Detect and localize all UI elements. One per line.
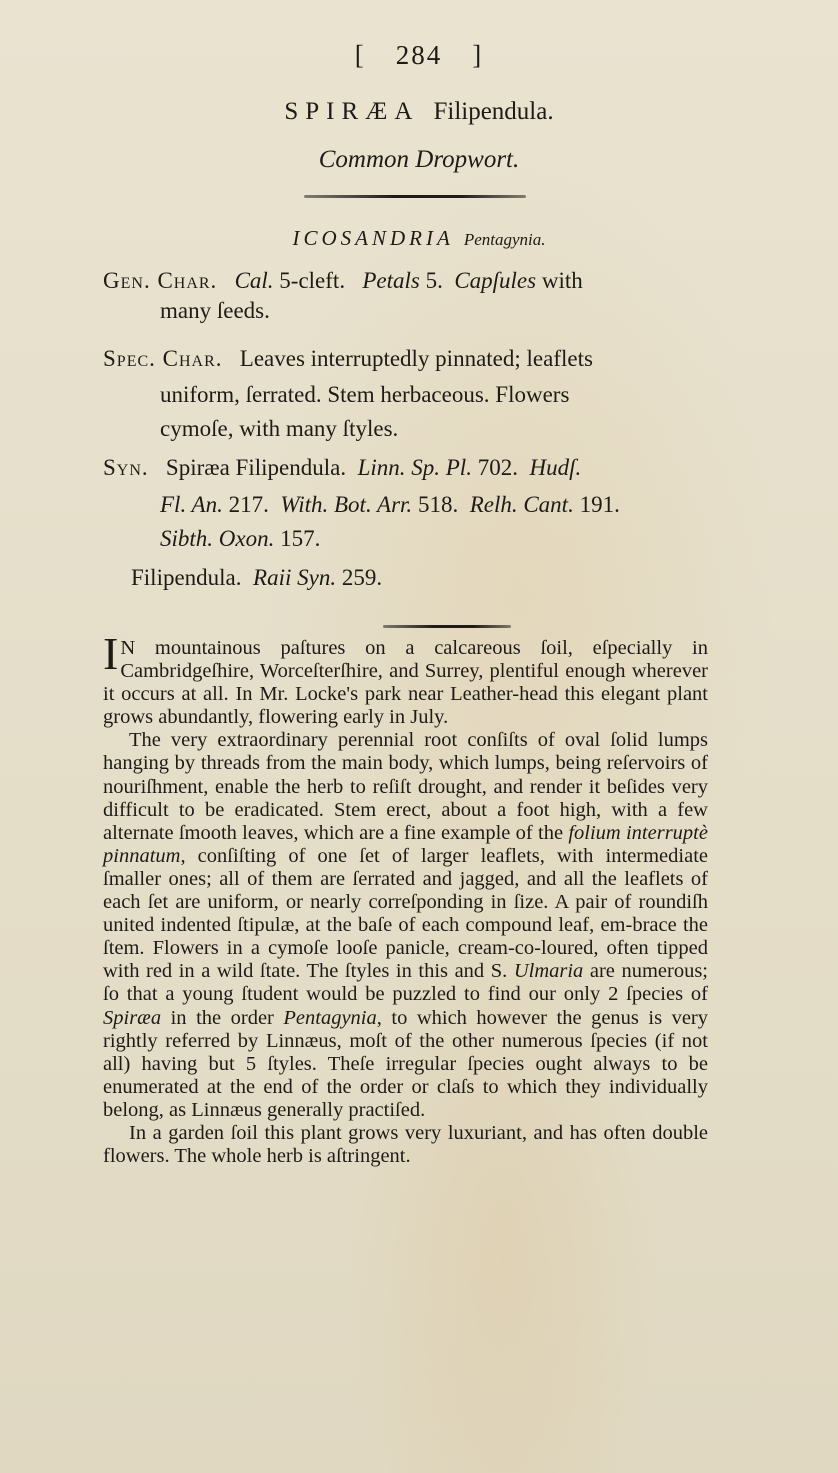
spec-char-line-3: cymoſe, with many ſtyles. (160, 416, 398, 442)
capsules-label: Capſules (454, 268, 536, 293)
gen-char-line-1: Gen. Char. Cal. 5-cleft. Petals 5. Capſu… (103, 268, 583, 294)
petals-label: Petals (362, 268, 420, 293)
book-page: [284] SPIRÆAFilipendula. Common Dropwort… (0, 0, 838, 1473)
syn-ref-2-source: Hudſ. (529, 455, 581, 480)
syn-ref-4-source: With. Bot. Arr. (280, 492, 412, 517)
syn-alt-source: Raii Syn. (253, 565, 336, 590)
paragraph-3: In a garden ſoil this plant grows very l… (103, 1122, 708, 1168)
title-divider (304, 195, 526, 198)
spec-char-line-2: uniform, ſerrated. Stem herbaceous. Flow… (160, 382, 569, 408)
paragraph-1-text: N mountainous paſtures on a calcareous ſ… (103, 637, 708, 728)
classification: ICOSANDRIAPentagynia. (0, 226, 838, 251)
bracket-left: [ (355, 40, 366, 71)
description-body: IN mountainous paſtures on a calcareous … (103, 637, 708, 1168)
page-number-header: [284] (0, 40, 838, 71)
syn-ref-5-source: Relh. Cant. (470, 492, 574, 517)
syn-ref-5-page: 191. (580, 492, 620, 517)
capsules-text: with (542, 268, 583, 293)
petals-text: 5. (426, 268, 443, 293)
drop-cap: I (103, 639, 118, 669)
syn-ref-1-page: 702. (478, 455, 518, 480)
linnaean-class: ICOSANDRIA (293, 226, 454, 250)
paragraph-2: The very extraordinary perennial root co… (103, 729, 708, 1122)
syn-ref-4-page: 518. (418, 492, 458, 517)
syn-alt-name: Filipendula. (131, 565, 242, 590)
page-number: 284 (396, 40, 443, 70)
gen-char-label: Gen. Char. (103, 268, 217, 293)
spec-char-line-1: Spec. Char. Leaves interruptedly pinnate… (103, 346, 593, 372)
syn-ref-3-source: Fl. An. (160, 492, 223, 517)
syn-ref-1: Spiræa Filipendula. (166, 455, 346, 480)
syn-line-3: Sibth. Oxon. 157. (160, 526, 320, 552)
species-title: SPIRÆAFilipendula. (0, 98, 838, 126)
common-name: Common Dropwort. (0, 146, 838, 174)
species-name: Filipendula. (433, 98, 553, 125)
section-divider (383, 625, 511, 628)
syn-label: Syn. (103, 455, 149, 480)
genus-name: SPIRÆA (284, 98, 419, 125)
syn-line-2: Fl. An. 217. With. Bot. Arr. 518. Relh. … (160, 492, 620, 518)
syn-ref-1-source: Linn. Sp. Pl. (358, 455, 472, 480)
syn-ref-6-page: 157. (280, 526, 320, 551)
spec-char-text-1: Leaves interruptedly pinnated; leaflets (240, 346, 593, 371)
syn-ref-3-page: 217. (229, 492, 269, 517)
paragraph-1: IN mountainous paſtures on a calcareous … (103, 637, 708, 729)
syn-alt-page: 259. (342, 565, 382, 590)
spec-char-label: Spec. Char. (103, 346, 223, 371)
gen-char-line-2: many ſeeds. (160, 298, 270, 324)
bracket-right: ] (472, 40, 483, 71)
calyx-label: Cal. (235, 268, 274, 293)
paragraph-3-text: In a garden ſoil this plant grows very l… (103, 1122, 708, 1167)
p2-italic-pentagynia: Pentagynia (283, 1007, 376, 1029)
syn-ref-6-source: Sibth. Oxon. (160, 526, 274, 551)
p2-italic-spiraea: Spiræa (103, 1007, 161, 1029)
linnaean-order: Pentagynia. (464, 230, 546, 249)
calyx-text: 5-cleft. (279, 268, 345, 293)
p2-italic-ulmaria: Ulmaria (514, 960, 583, 982)
syn-line-1: Syn. Spiræa Filipendula. Linn. Sp. Pl. 7… (103, 455, 581, 481)
syn-alt-line: Filipendula. Raii Syn. 259. (131, 565, 382, 591)
p2-text-d: in the order (161, 1007, 283, 1029)
